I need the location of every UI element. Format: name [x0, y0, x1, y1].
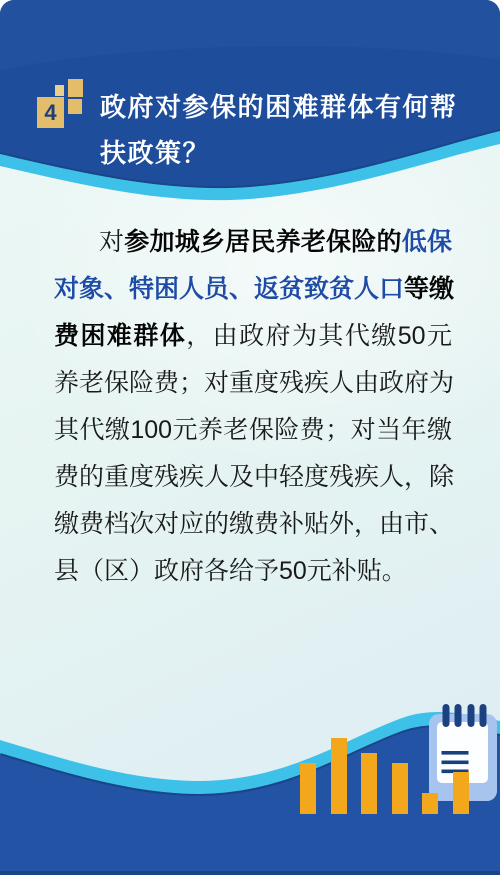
paragraph-line: 对参加城乡居民养老保险的低保 [54, 219, 452, 266]
page-title: 政府对参保的困难群体有何帮 扶政策？ [100, 84, 458, 176]
clipboard-ring-icon [480, 704, 487, 727]
text-segment: 费困难群体 [54, 322, 186, 350]
highlighted-term: 低保 [402, 228, 452, 256]
text-segment: 等缴 [404, 275, 454, 303]
clipboard-ring-icon [468, 704, 475, 727]
section-number: 4 [44, 100, 56, 126]
clipboard-ring-icon [455, 704, 462, 727]
paragraph-line: 养老保险费；对重度残疾人由政府为 [54, 360, 452, 407]
text-segment: 参加城乡居民养老保险的 [124, 228, 402, 256]
highlighted-term: 对象、特困人员、返贫致贫人口 [54, 275, 404, 303]
text-segment: 对 [99, 228, 124, 256]
decoration-bar [361, 753, 377, 814]
bar-chart-decoration-icon [300, 734, 475, 814]
policy-poster: 4 政府对参保的困难群体有何帮 扶政策？ 对参加城乡居民养老保险的低保对象、特困… [0, 0, 500, 875]
policy-paragraph: 对参加城乡居民养老保险的低保对象、特困人员、返贫致贫人口等缴费困难群体，由政府为… [54, 219, 452, 595]
text-segment: 缴费档次对应的缴费补贴外，由市、 [54, 510, 454, 538]
text-segment: 县（区）政府各给予50元补贴。 [54, 557, 407, 585]
paragraph-line: 费困难群体，由政府为其代缴50元 [54, 313, 452, 360]
paragraph-line: 其代缴100元养老保险费；对当年缴 [54, 407, 452, 454]
paragraph-line: 缴费档次对应的缴费补贴外，由市、 [54, 501, 452, 548]
page-title-line2: 扶政策？ [100, 130, 458, 176]
clipboard-ring-icon [443, 704, 450, 727]
badge-square-decoration [55, 85, 64, 96]
paragraph-line: 县（区）政府各给予50元补贴。 [54, 548, 452, 595]
decoration-bar [331, 738, 347, 814]
badge-square-decoration [68, 99, 82, 114]
text-segment: ，由政府为其代缴50元 [186, 322, 452, 350]
page-title-line1: 政府对参保的困难群体有何帮 [100, 84, 458, 130]
decoration-bar [300, 763, 316, 814]
paragraph-line: 对象、特困人员、返贫致贫人口等缴 [54, 266, 452, 313]
decoration-bar [392, 763, 408, 814]
paragraph-line: 费的重度残疾人及中轻度残疾人，除 [54, 454, 452, 501]
decoration-bar [453, 772, 469, 814]
text-segment: 费的重度残疾人及中轻度残疾人，除 [54, 463, 454, 491]
badge-square-decoration [68, 79, 83, 97]
text-segment: 其代缴100元养老保险费；对当年缴 [54, 416, 452, 444]
section-number-badge: 4 [37, 97, 64, 128]
decoration-bar [422, 793, 438, 814]
text-segment: 养老保险费；对重度残疾人由政府为 [54, 369, 454, 397]
